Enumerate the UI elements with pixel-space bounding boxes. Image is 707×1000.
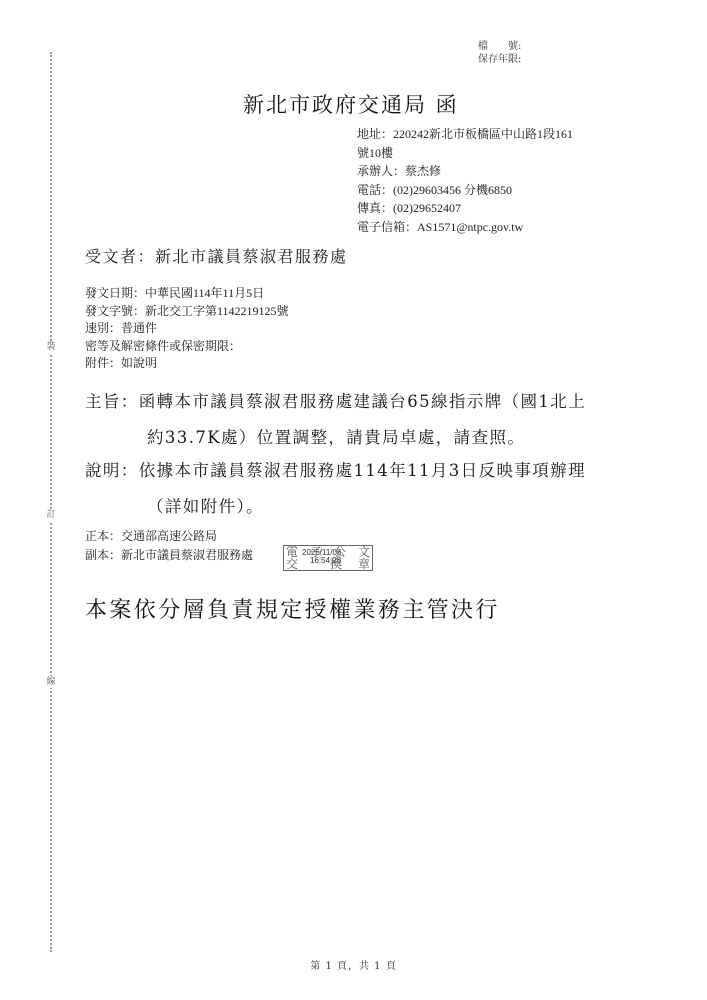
stamp-time: 16:54:28 [310, 557, 341, 565]
issue-date: 發文日期：中華民國114年11月5日 [85, 285, 289, 303]
document-meta: 發文日期：中華民國114年11月5日 發文字號：新北交工字第1142219125… [85, 285, 289, 373]
document-number: 發文字號：新北交工字第1142219125號 [85, 303, 289, 321]
binding-dotted-line [50, 52, 52, 952]
binding-mark-staple: 訂 [44, 509, 58, 521]
delegation-statement: 本案依分層負責規定授權業務主管決行 [85, 593, 500, 624]
attachments: 附件：如說明 [85, 355, 289, 373]
original-recipient: 正本：交通部高速公路局 [85, 527, 253, 546]
sender-address-line2: 號10樓 [357, 144, 573, 163]
distribution-list: 正本：交通部高速公路局 副本：新北市議員蔡淑君服務處 [85, 527, 253, 565]
copy-recipient: 副本：新北市議員蔡淑君服務處 [85, 546, 253, 565]
priority: 速別：普通件 [85, 320, 289, 338]
explanation-line-1: 說明：依據本市議員蔡淑君服務處114年11月3日反映事項辦理 [85, 453, 586, 489]
electronic-exchange-stamp: 電 子 公 文 交 換 章 2025/11/06 16:54:28 [283, 545, 373, 571]
file-number-label: 檔 號: [478, 40, 521, 53]
sender-address-line1: 地址：220242新北市板橋區中山路1段161 [357, 125, 573, 144]
retention-period-label: 保存年限: [478, 53, 521, 66]
subject-line-2: 約33.7K處）位置調整，請貴局卓處，請查照。 [85, 420, 586, 456]
explanation-paragraph: 說明：依據本市議員蔡淑君服務處114年11月3日反映事項辦理 （詳如附件）。 [85, 453, 586, 525]
sender-email: 電子信箱：AS1571@ntpc.gov.tw [357, 218, 573, 237]
sender-info: 地址：220242新北市板橋區中山路1段161 號10樓 承辦人：蔡杰修 電話：… [357, 125, 573, 236]
binding-mark-line: 線 [44, 676, 58, 688]
sender-fax: 傳真：(02)29652407 [357, 199, 573, 218]
subject-paragraph: 主旨：函轉本市議員蔡淑君服務處建議台65線指示牌（國1北上 約33.7K處）位置… [85, 384, 586, 456]
page-number: 第 1 頁，共 1 頁 [0, 957, 707, 972]
sender-phone: 電話：(02)29603456 分機6850 [357, 181, 573, 200]
subject-line-1: 主旨：函轉本市議員蔡淑君服務處建議台65線指示牌（國1北上 [85, 384, 586, 420]
archive-fields: 檔 號: 保存年限: [478, 40, 521, 66]
recipient: 受文者：新北市議員蔡淑君服務處 [85, 244, 348, 267]
document-title: 新北市政府交通局 函 [243, 89, 459, 119]
sender-officer: 承辦人：蔡杰修 [357, 162, 573, 181]
security-classification: 密等及解密條件或保密期限： [85, 338, 289, 356]
binding-mark-bind: 裝 [44, 341, 58, 353]
explanation-line-2: （詳如附件）。 [85, 489, 586, 525]
